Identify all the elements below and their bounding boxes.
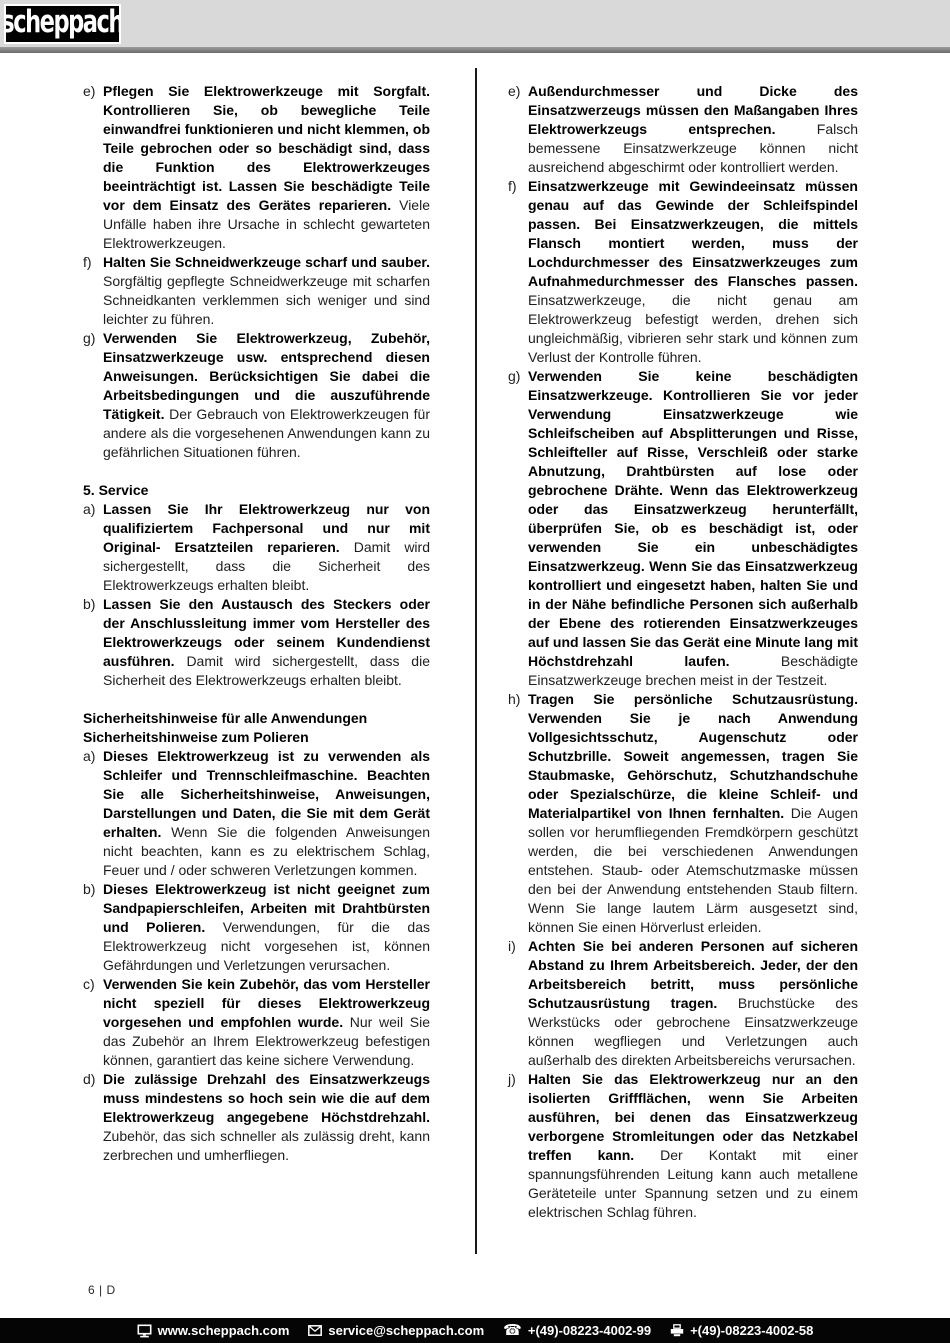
list-item: a)Dieses Elektrowerkzeug ist zu verwende… [83, 747, 430, 880]
item-text: Verwenden Sie Elektrowerkzeug, Zubehör, … [103, 329, 430, 462]
item-label: b) [83, 880, 103, 975]
list-item: h)Tragen Sie persönliche Schutzausrüstun… [508, 690, 858, 937]
item-text: Verwenden Sie kein Zubehör, das vom Hers… [103, 975, 430, 1070]
footer-fax-text: +(49)-08223-4002-58 [690, 1323, 813, 1338]
fax-icon [670, 1324, 684, 1337]
item-label: c) [83, 975, 103, 1070]
column-divider [475, 68, 477, 1254]
item-text: Verwenden Sie keine beschädigten Einsatz… [528, 367, 858, 690]
header-rule [0, 47, 950, 53]
list-item: d)Die zulässige Drehzahl des Einsatzwerk… [83, 1070, 430, 1165]
list-item: a)Lassen Sie Ihr Elektrowerkzeug nur von… [83, 500, 430, 595]
footer-item-fax: +(49)-08223-4002-58 [670, 1323, 813, 1338]
list-item: b)Lassen Sie den Austausch des Steckers … [83, 595, 430, 690]
list-item: f)Halten Sie Schneidwerkzeuge scharf und… [83, 253, 430, 329]
item-text: Tragen Sie persönliche Schutzausrüstung.… [528, 690, 858, 937]
phone-icon: ☎ [503, 1323, 522, 1338]
section-heading-line: Sicherheitshinweise zum Polieren [83, 728, 430, 747]
item-text: Die zulässige Drehzahl des Einsatzwerkze… [103, 1070, 430, 1165]
list-item: j)Halten Sie das Elektrowerkzeug nur an … [508, 1070, 858, 1222]
footer-bar: www.scheppach.com service@scheppach.com … [0, 1318, 950, 1343]
list-item: g)Verwenden Sie Elektrowerkzeug, Zubehör… [83, 329, 430, 462]
item-label: g) [83, 329, 103, 462]
item-label: h) [508, 690, 528, 937]
footer-phone-text: +(49)-08223-4002-99 [528, 1323, 651, 1338]
page-number: 6 | D [88, 1283, 116, 1297]
list-item: g)Verwenden Sie keine beschädigten Einsa… [508, 367, 858, 690]
item-label: e) [508, 82, 528, 177]
item-label: e) [83, 82, 103, 253]
list-item: i)Achten Sie bei anderen Personen auf si… [508, 937, 858, 1070]
footer-item-phone: ☎ +(49)-08223-4002-99 [503, 1323, 651, 1338]
footer-item-website: www.scheppach.com [137, 1323, 290, 1338]
item-text: Außendurchmesser und Dicke des Einsatzwe… [528, 82, 858, 177]
list-item: e)Pflegen Sie Elektrowerkzeuge mit Sorgf… [83, 82, 430, 253]
header-band [0, 0, 950, 47]
section-heading-line: Sicherheitshinweise für alle Anwendungen [83, 709, 430, 728]
item-text: Achten Sie bei anderen Personen auf sich… [528, 937, 858, 1070]
left-column: e)Pflegen Sie Elektrowerkzeuge mit Sorgf… [83, 82, 430, 1165]
item-text: Einsatzwerkzeuge mit Gewindeeinsatz müss… [528, 177, 858, 367]
item-label: j) [508, 1070, 528, 1222]
item-label: i) [508, 937, 528, 1070]
list-item: b)Dieses Elektrowerkzeug ist nicht geeig… [83, 880, 430, 975]
item-label: f) [83, 253, 103, 329]
section-heading: 5. Service [83, 481, 430, 500]
right-column: e)Außendurchmesser und Dicke des Einsatz… [508, 82, 858, 1222]
item-text: Lassen Sie den Austausch des Steckers od… [103, 595, 430, 690]
item-label: b) [83, 595, 103, 690]
logo-text: scheppach [4, 5, 121, 43]
item-label: d) [83, 1070, 103, 1165]
item-text: Pflegen Sie Elektrowerkzeuge mit Sorgfal… [103, 82, 430, 253]
scheppach-logo: scheppach [4, 4, 121, 44]
item-label: g) [508, 367, 528, 690]
item-text: Dieses Elektrowerkzeug ist zu verwenden … [103, 747, 430, 880]
item-text: Halten Sie Schneidwerkzeuge scharf und s… [103, 253, 430, 329]
item-label: a) [83, 747, 103, 880]
item-label: f) [508, 177, 528, 367]
footer-email-text: service@scheppach.com [328, 1323, 484, 1338]
footer-item-email: service@scheppach.com [308, 1323, 484, 1338]
item-label: a) [83, 500, 103, 595]
manual-page: { "logo": { "text": "scheppach" }, "colu… [0, 0, 950, 1343]
list-item: f)Einsatzwerkzeuge mit Gewindeeinsatz mü… [508, 177, 858, 367]
email-icon [308, 1325, 322, 1336]
footer-website-text: www.scheppach.com [158, 1323, 290, 1338]
list-item: c)Verwenden Sie kein Zubehör, das vom He… [83, 975, 430, 1070]
section-heading-line: 5. Service [83, 481, 430, 500]
section-heading: Sicherheitshinweise für alle Anwendungen… [83, 709, 430, 747]
item-text: Dieses Elektrowerkzeug ist nicht geeigne… [103, 880, 430, 975]
item-text: Lassen Sie Ihr Elektrowerkzeug nur von q… [103, 500, 430, 595]
list-item: e)Außendurchmesser und Dicke des Einsatz… [508, 82, 858, 177]
item-text: Halten Sie das Elektrowerkzeug nur an de… [528, 1070, 858, 1222]
computer-icon [137, 1324, 152, 1338]
